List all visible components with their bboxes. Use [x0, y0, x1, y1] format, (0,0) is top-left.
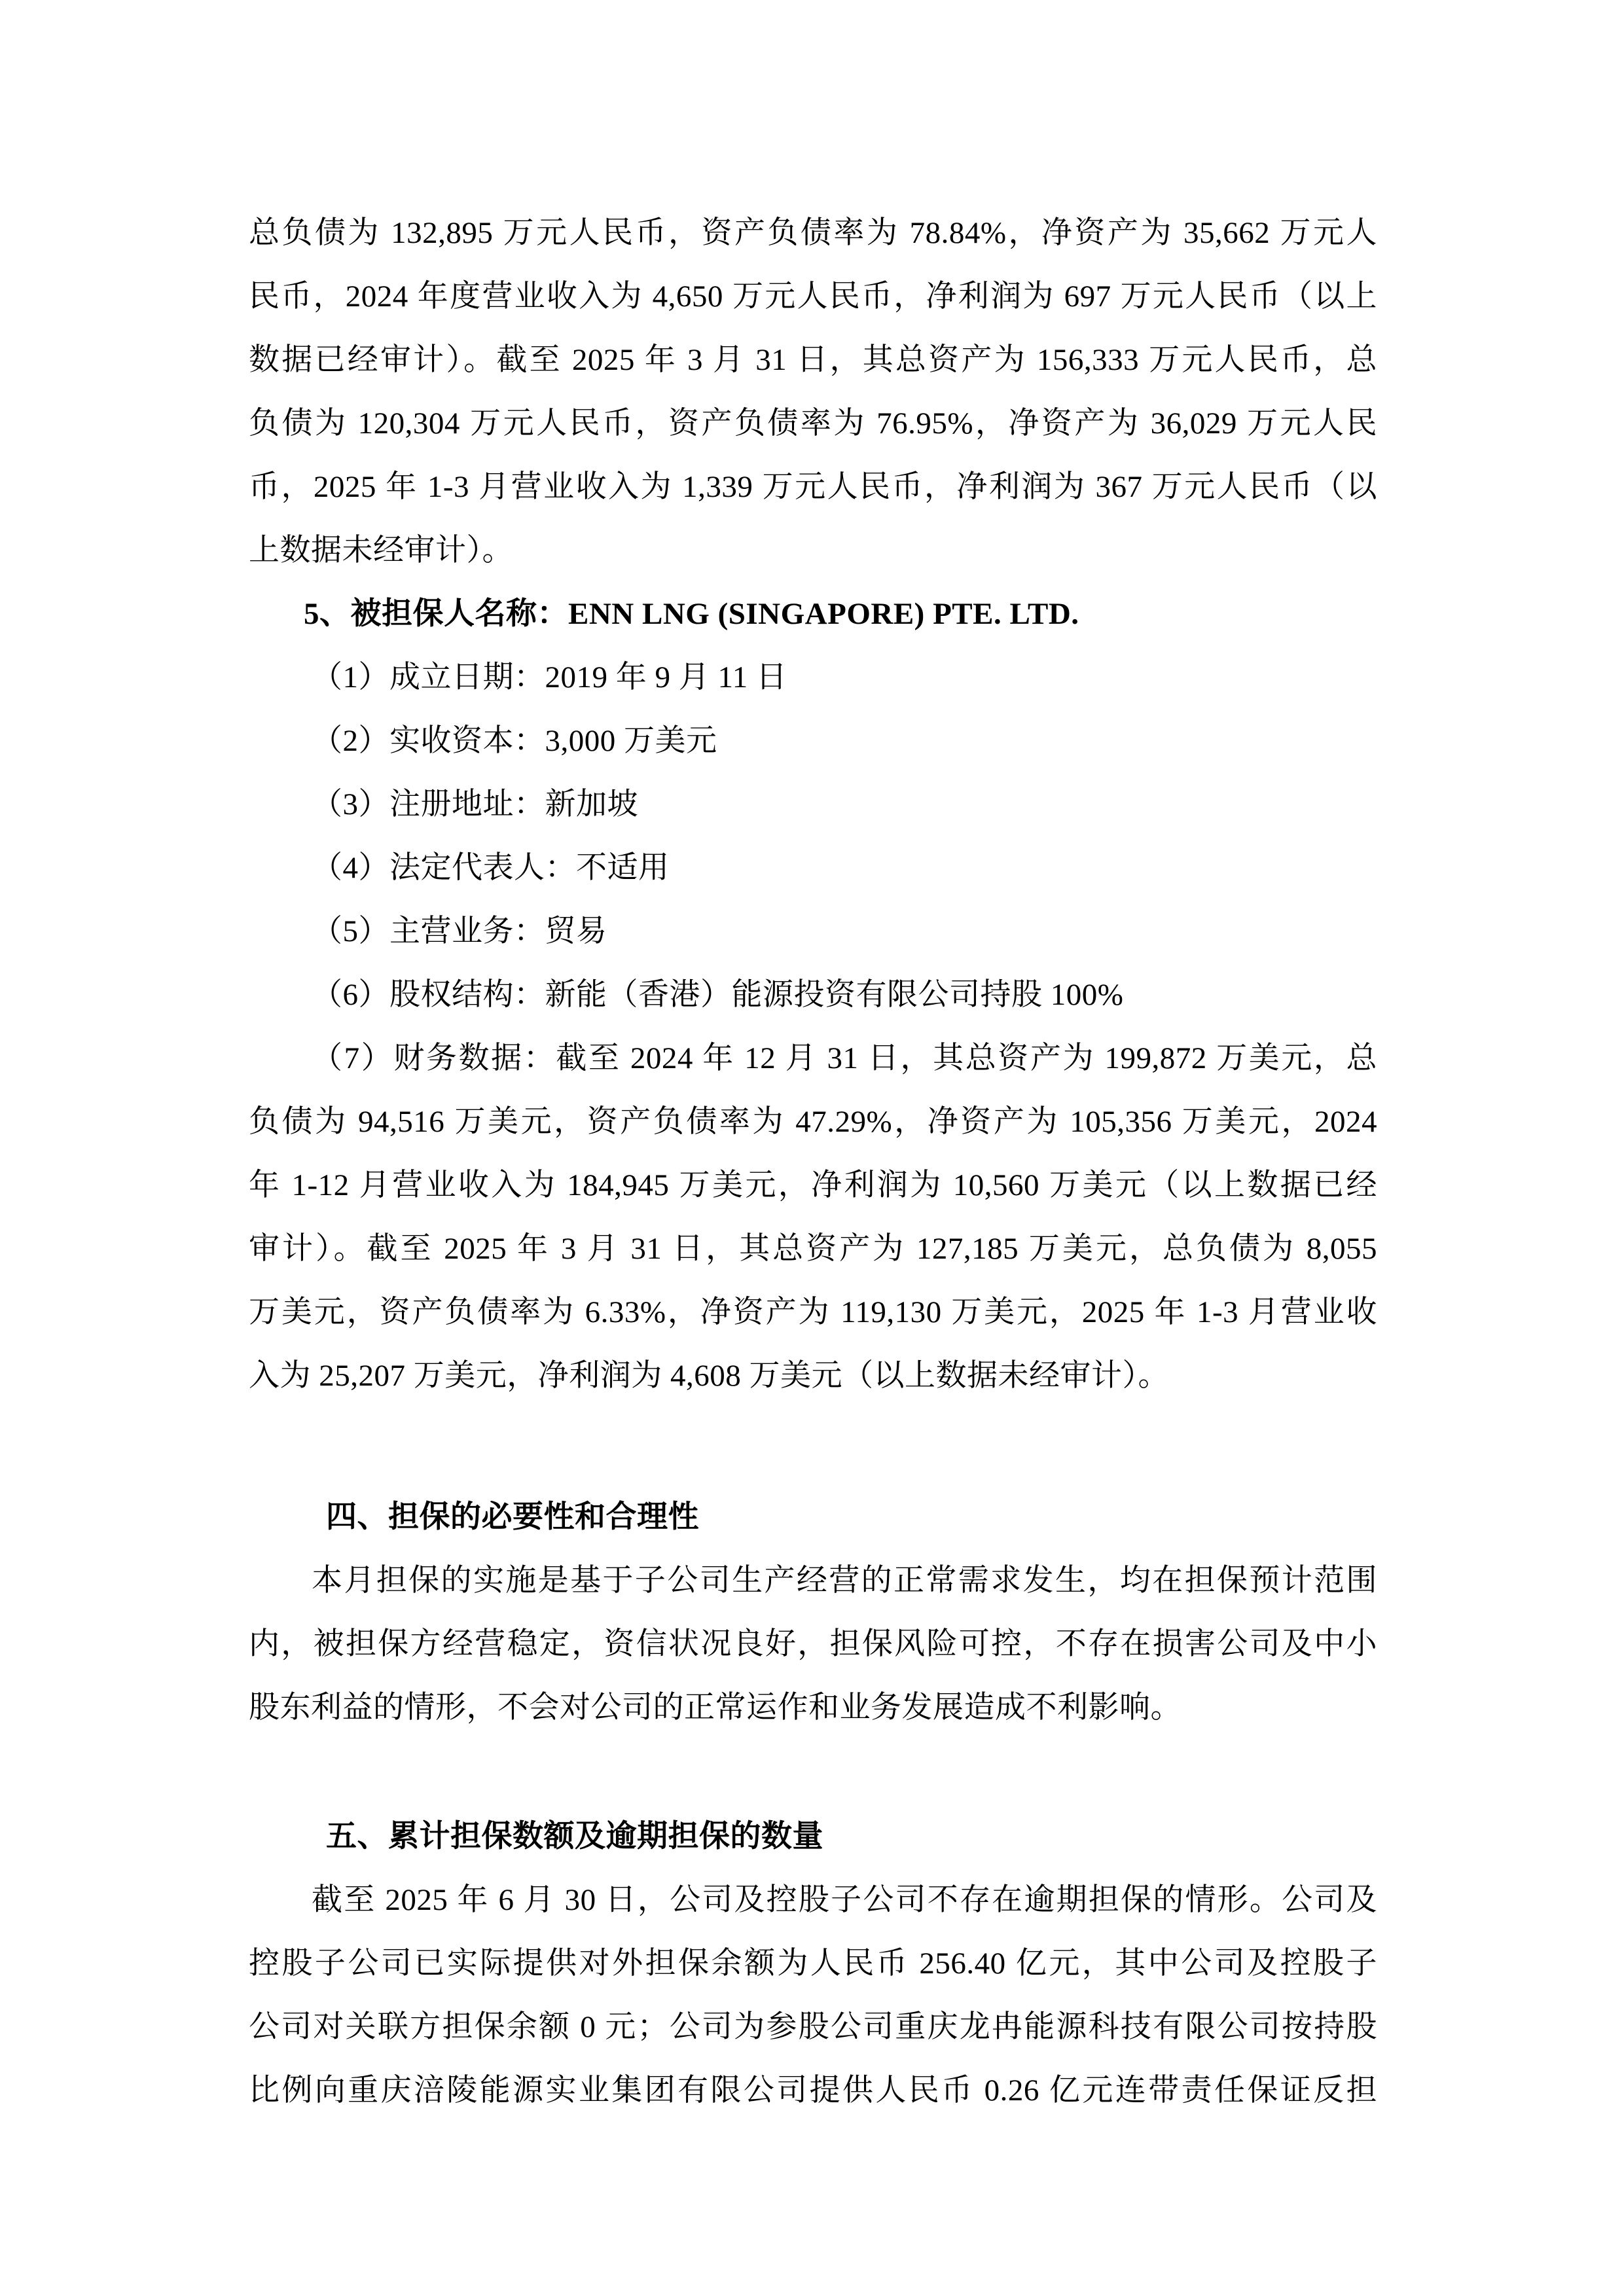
- section-5-cumulative-guarantee: 五、累计担保数额及逾期担保的数量 截至 2025 年 6 月 30 日，公司及控…: [249, 1805, 1377, 2123]
- paragraph-line: （7）财务数据：截至 2024 年 12 月 31 日，其总资产为 199,87…: [249, 1027, 1377, 1090]
- paid-in-capital-item: （2）实收资本：3,000 万美元: [249, 709, 1377, 773]
- paragraph-line: 审计）。截至 2025 年 3 月 31 日，其总资产为 127,185 万美元…: [249, 1217, 1377, 1281]
- paragraph-line: 截至 2025 年 6 月 30 日，公司及控股子公司不存在逾期担保的情形。公司…: [249, 1869, 1377, 1932]
- paragraph-line: 公司对关联方担保余额 0 元；公司为参股公司重庆龙冉能源科技有限公司按持股: [249, 1996, 1377, 2059]
- paragraph-line: 本月担保的实施是基于子公司生产经营的正常需求发生，均在担保预计范围: [249, 1549, 1377, 1613]
- paragraph-line: 总负债为 132,895 万元人民币，资产负债率为 78.84%，净资产为 35…: [249, 202, 1377, 265]
- blank-spacer: [249, 1408, 1377, 1486]
- blank-spacer: [249, 1740, 1377, 1805]
- section-heading: 五、累计担保数额及逾期担保的数量: [249, 1805, 1377, 1869]
- document-page: 总负债为 132,895 万元人民币，资产负债率为 78.84%，净资产为 35…: [249, 202, 1377, 2123]
- paragraph-line: 年 1-12 月营业收入为 184,945 万美元，净利润为 10,560 万美…: [249, 1154, 1377, 1217]
- paragraph-line: 比例向重庆涪陵能源实业集团有限公司提供人民币 0.26 亿元连带责任保证反担: [249, 2059, 1377, 2123]
- paragraph-line: 股东利益的情形，不会对公司的正常运作和业务发展造成不利影响。: [249, 1676, 1377, 1740]
- paragraph-line: 入为 25,207 万美元，净利润为 4,608 万美元（以上数据未经审计）。: [249, 1344, 1377, 1408]
- paragraph-line: 上数据未经审计）。: [249, 519, 1377, 583]
- establishment-date-item: （1）成立日期：2019 年 9 月 11 日: [249, 646, 1377, 709]
- paragraph-line: 控股子公司已实际提供对外担保余额为人民币 256.40 亿元，其中公司及控股子: [249, 1932, 1377, 1996]
- paragraph-line: 负债为 120,304 万元人民币，资产负债率为 76.95%，净资产为 36,…: [249, 392, 1377, 456]
- paragraph-line: 币，2025 年 1-3 月营业收入为 1,339 万元人民币，净利润为 367…: [249, 456, 1377, 519]
- paragraph-line: 数据已经审计）。截至 2025 年 3 月 31 日，其总资产为 156,333…: [249, 329, 1377, 392]
- registered-address-item: （3）注册地址：新加坡: [249, 773, 1377, 836]
- paragraph-line: 万美元，资产负债率为 6.33%，净资产为 119,130 万美元，2025 年…: [249, 1281, 1377, 1344]
- main-business-item: （5）主营业务：贸易: [249, 900, 1377, 963]
- guaranteed-party-5-block: 5、被担保人名称：ENN LNG (SINGAPORE) PTE. LTD. （…: [249, 583, 1377, 1408]
- section-heading: 四、担保的必要性和合理性: [249, 1486, 1377, 1549]
- guaranteed-party-heading: 5、被担保人名称：ENN LNG (SINGAPORE) PTE. LTD.: [249, 583, 1377, 646]
- section-4-necessity: 四、担保的必要性和合理性 本月担保的实施是基于子公司生产经营的正常需求发生，均在…: [249, 1486, 1377, 1740]
- paragraph-line: 负债为 94,516 万美元，资产负债率为 47.29%，净资产为 105,35…: [249, 1090, 1377, 1154]
- paragraph-line: 内，被担保方经营稳定，资信状况良好，担保风险可控，不存在损害公司及中小: [249, 1613, 1377, 1676]
- previous-party-financial-paragraph: 总负债为 132,895 万元人民币，资产负债率为 78.84%，净资产为 35…: [249, 202, 1377, 583]
- equity-structure-item: （6）股权结构：新能（香港）能源投资有限公司持股 100%: [249, 963, 1377, 1027]
- paragraph-line: 民币，2024 年度营业收入为 4,650 万元人民币，净利润为 697 万元人…: [249, 265, 1377, 329]
- financial-data-item: （7）财务数据：截至 2024 年 12 月 31 日，其总资产为 199,87…: [249, 1027, 1377, 1408]
- legal-representative-item: （4）法定代表人：不适用: [249, 836, 1377, 900]
